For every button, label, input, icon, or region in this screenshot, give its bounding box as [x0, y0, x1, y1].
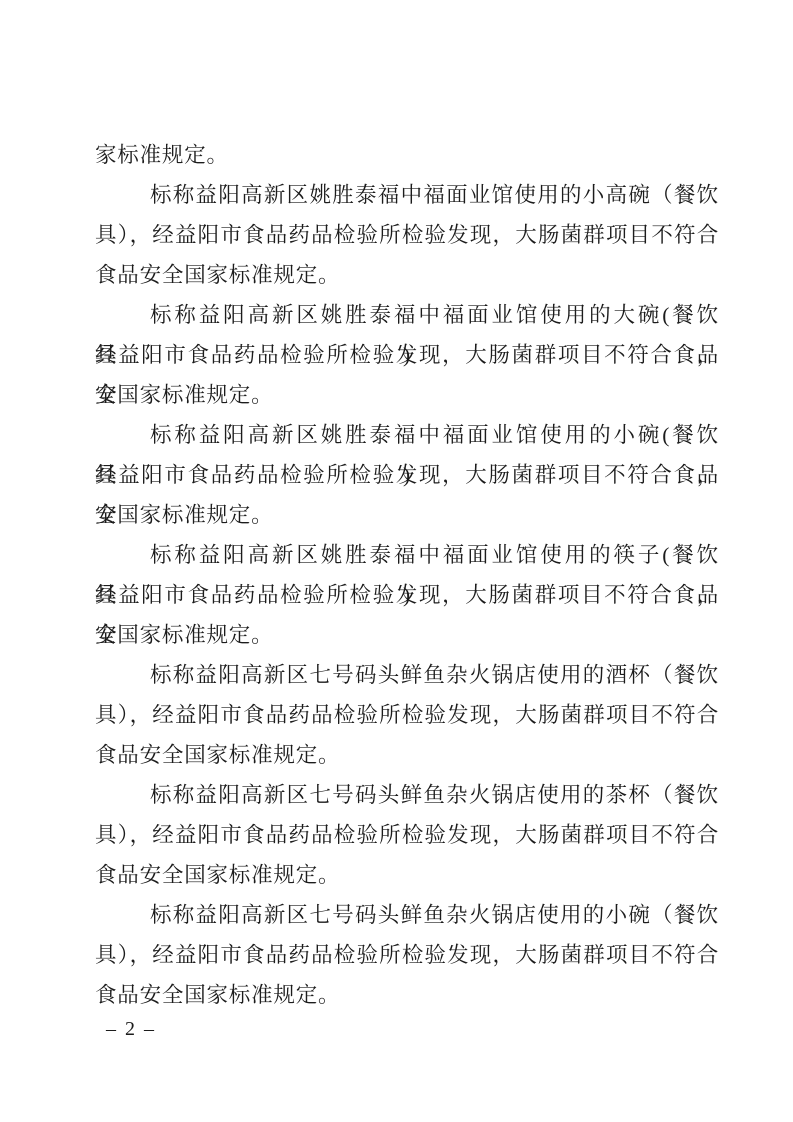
document-page: 家标准规定。标称益阳高新区姚胜泰福中福面业馆使用的小高碗（餐饮具），经益阳市食品…	[0, 0, 793, 1122]
paragraph: 标称益阳高新区七号码头鲜鱼杂火锅店使用的小碗（餐饮具），经益阳市食品药品检验所检…	[95, 895, 719, 1015]
paragraph: 标称益阳高新区姚胜泰福中福面业馆使用的小碗(餐饮具)，经益阳市食品药品检验所检验…	[95, 415, 719, 535]
document-body: 家标准规定。标称益阳高新区姚胜泰福中福面业馆使用的小高碗（餐饮具），经益阳市食品…	[95, 135, 719, 1015]
paragraph: 标称益阳高新区姚胜泰福中福面业馆使用的大碗(餐饮具)，经益阳市食品药品检验所检验…	[95, 295, 719, 415]
page-footer: – 2 –	[106, 1014, 156, 1044]
text-line: 标称益阳高新区姚胜泰福中福面业馆使用的小高碗（餐饮	[95, 175, 719, 215]
text-line: 经益阳市食品药品检验所检验发现，大肠菌群项目不符合食品安	[95, 455, 719, 495]
text-line: 具），经益阳市食品药品检验所检验发现，大肠菌群项目不符合	[95, 695, 719, 735]
paragraph: 标称益阳高新区姚胜泰福中福面业馆使用的小高碗（餐饮具），经益阳市食品药品检验所检…	[95, 175, 719, 295]
text-line: 标称益阳高新区七号码头鲜鱼杂火锅店使用的酒杯（餐饮	[95, 655, 719, 695]
text-line: 具），经益阳市食品药品检验所检验发现，大肠菌群项目不符合	[95, 815, 719, 855]
text-line: 全国家标准规定。	[95, 495, 719, 535]
paragraph: 标称益阳高新区姚胜泰福中福面业馆使用的筷子(餐饮具)，经益阳市食品药品检验所检验…	[95, 535, 719, 655]
text-line: 标称益阳高新区姚胜泰福中福面业馆使用的小碗(餐饮具)，	[95, 415, 719, 455]
text-line: 标称益阳高新区姚胜泰福中福面业馆使用的筷子(餐饮具)，	[95, 535, 719, 575]
text-line: 标称益阳高新区七号码头鲜鱼杂火锅店使用的茶杯（餐饮	[95, 775, 719, 815]
text-line: 经益阳市食品药品检验所检验发现，大肠菌群项目不符合食品安	[95, 335, 719, 375]
text-line: 具），经益阳市食品药品检验所检验发现，大肠菌群项目不符合	[95, 935, 719, 975]
text-line: 食品安全国家标准规定。	[95, 975, 719, 1015]
text-line: 食品安全国家标准规定。	[95, 735, 719, 775]
text-line: 全国家标准规定。	[95, 615, 719, 655]
page-number: – 2 –	[106, 1018, 156, 1040]
text-line: 食品安全国家标准规定。	[95, 255, 719, 295]
paragraph: 标称益阳高新区七号码头鲜鱼杂火锅店使用的酒杯（餐饮具），经益阳市食品药品检验所检…	[95, 655, 719, 775]
text-line: 全国家标准规定。	[95, 375, 719, 415]
text-line: 经益阳市食品药品检验所检验发现，大肠菌群项目不符合食品安	[95, 575, 719, 615]
paragraph: 家标准规定。	[95, 135, 719, 175]
text-line: 具），经益阳市食品药品检验所检验发现，大肠菌群项目不符合	[95, 215, 719, 255]
text-line: 食品安全国家标准规定。	[95, 855, 719, 895]
text-line: 家标准规定。	[95, 135, 719, 175]
text-line: 标称益阳高新区七号码头鲜鱼杂火锅店使用的小碗（餐饮	[95, 895, 719, 935]
text-line: 标称益阳高新区姚胜泰福中福面业馆使用的大碗(餐饮具)，	[95, 295, 719, 335]
paragraph: 标称益阳高新区七号码头鲜鱼杂火锅店使用的茶杯（餐饮具），经益阳市食品药品检验所检…	[95, 775, 719, 895]
